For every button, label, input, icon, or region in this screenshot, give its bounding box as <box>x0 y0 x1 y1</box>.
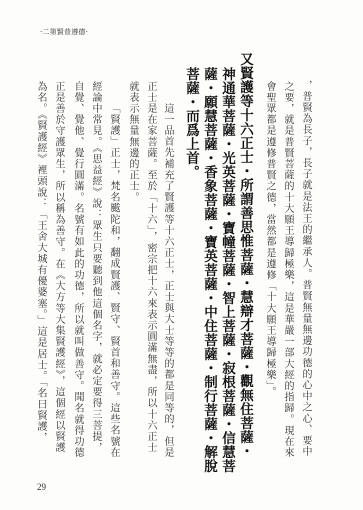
commentary-top-column-1: ，普賢為長子，長子就是法王的繼承人。普賢無量無邊功德的心中之心、要中 <box>300 80 310 457</box>
commentary-column-4: 「賢護」正士，梵名颰陀和，翻成賢護、賢守、賢首和善守。這些名號在 <box>108 103 118 458</box>
running-header: ·二第賢普遵德· <box>40 27 88 37</box>
commentary-column-3: 就表示無量無邊的正士。 <box>127 81 137 203</box>
book-page: ·二第賢普遵德· ，普賢為長子，長子就是法王的繼承人。普賢無量無邊功德的心中之心… <box>0 0 363 510</box>
sutra-column-3: 薩・願慧菩薩・香象菩薩・寶英菩薩・中住菩薩・制行菩薩・解脫 <box>201 67 215 473</box>
commentary-top-column-2: 之要，就是普賢菩薩的十大願王導歸極樂，這是華嚴一部大經的指歸。現在來 <box>282 81 292 458</box>
sutra-column-1: 又賢護等十六正士・所謂善思惟菩薩・慧辯才菩薩・觀無住菩薩・ <box>237 52 251 458</box>
commentary-column-6: 自覺、覺他、覺行圓滿。名號有如此的功德，所以就叫做善守。聞名就得功德 <box>72 81 82 458</box>
commentary-column-7: 正是善於守護眾生，所以稱為善守。在《大方等大集賢護經》，這個經以賢護 <box>53 81 63 453</box>
commentary-column-5: 經論中常見。《思益經》說：眾生只要聽到他這個名字，就必定要得三菩提， <box>90 81 100 453</box>
commentary-column-2: 正士是在家菩薩。至於「十六」，密宗把十六來表示圓滿無盡，所以十六正士 <box>145 81 155 453</box>
commentary-column-1: 這一品首先補充了賢護等十六正士，正士與大士等等的都是同等的，但是 <box>162 103 172 458</box>
commentary-top-column-3: 會聖眾都是遵修普賢之德，當然都是遵修「十大願王導歸極樂」。 <box>264 81 274 398</box>
sutra-column-2: 神通華菩薩・光英菩薩・寶幢菩薩・智上菩薩・寂根菩薩・信慧菩 <box>219 67 233 473</box>
page-number: 29 <box>37 482 46 492</box>
commentary-column-8: 為名。《賢護經》裡頭說：「王舍大城有優婆塞。」這是居士。「名曰賢護， <box>35 81 45 443</box>
sutra-column-4: 菩薩・而爲上首。 <box>183 67 197 179</box>
